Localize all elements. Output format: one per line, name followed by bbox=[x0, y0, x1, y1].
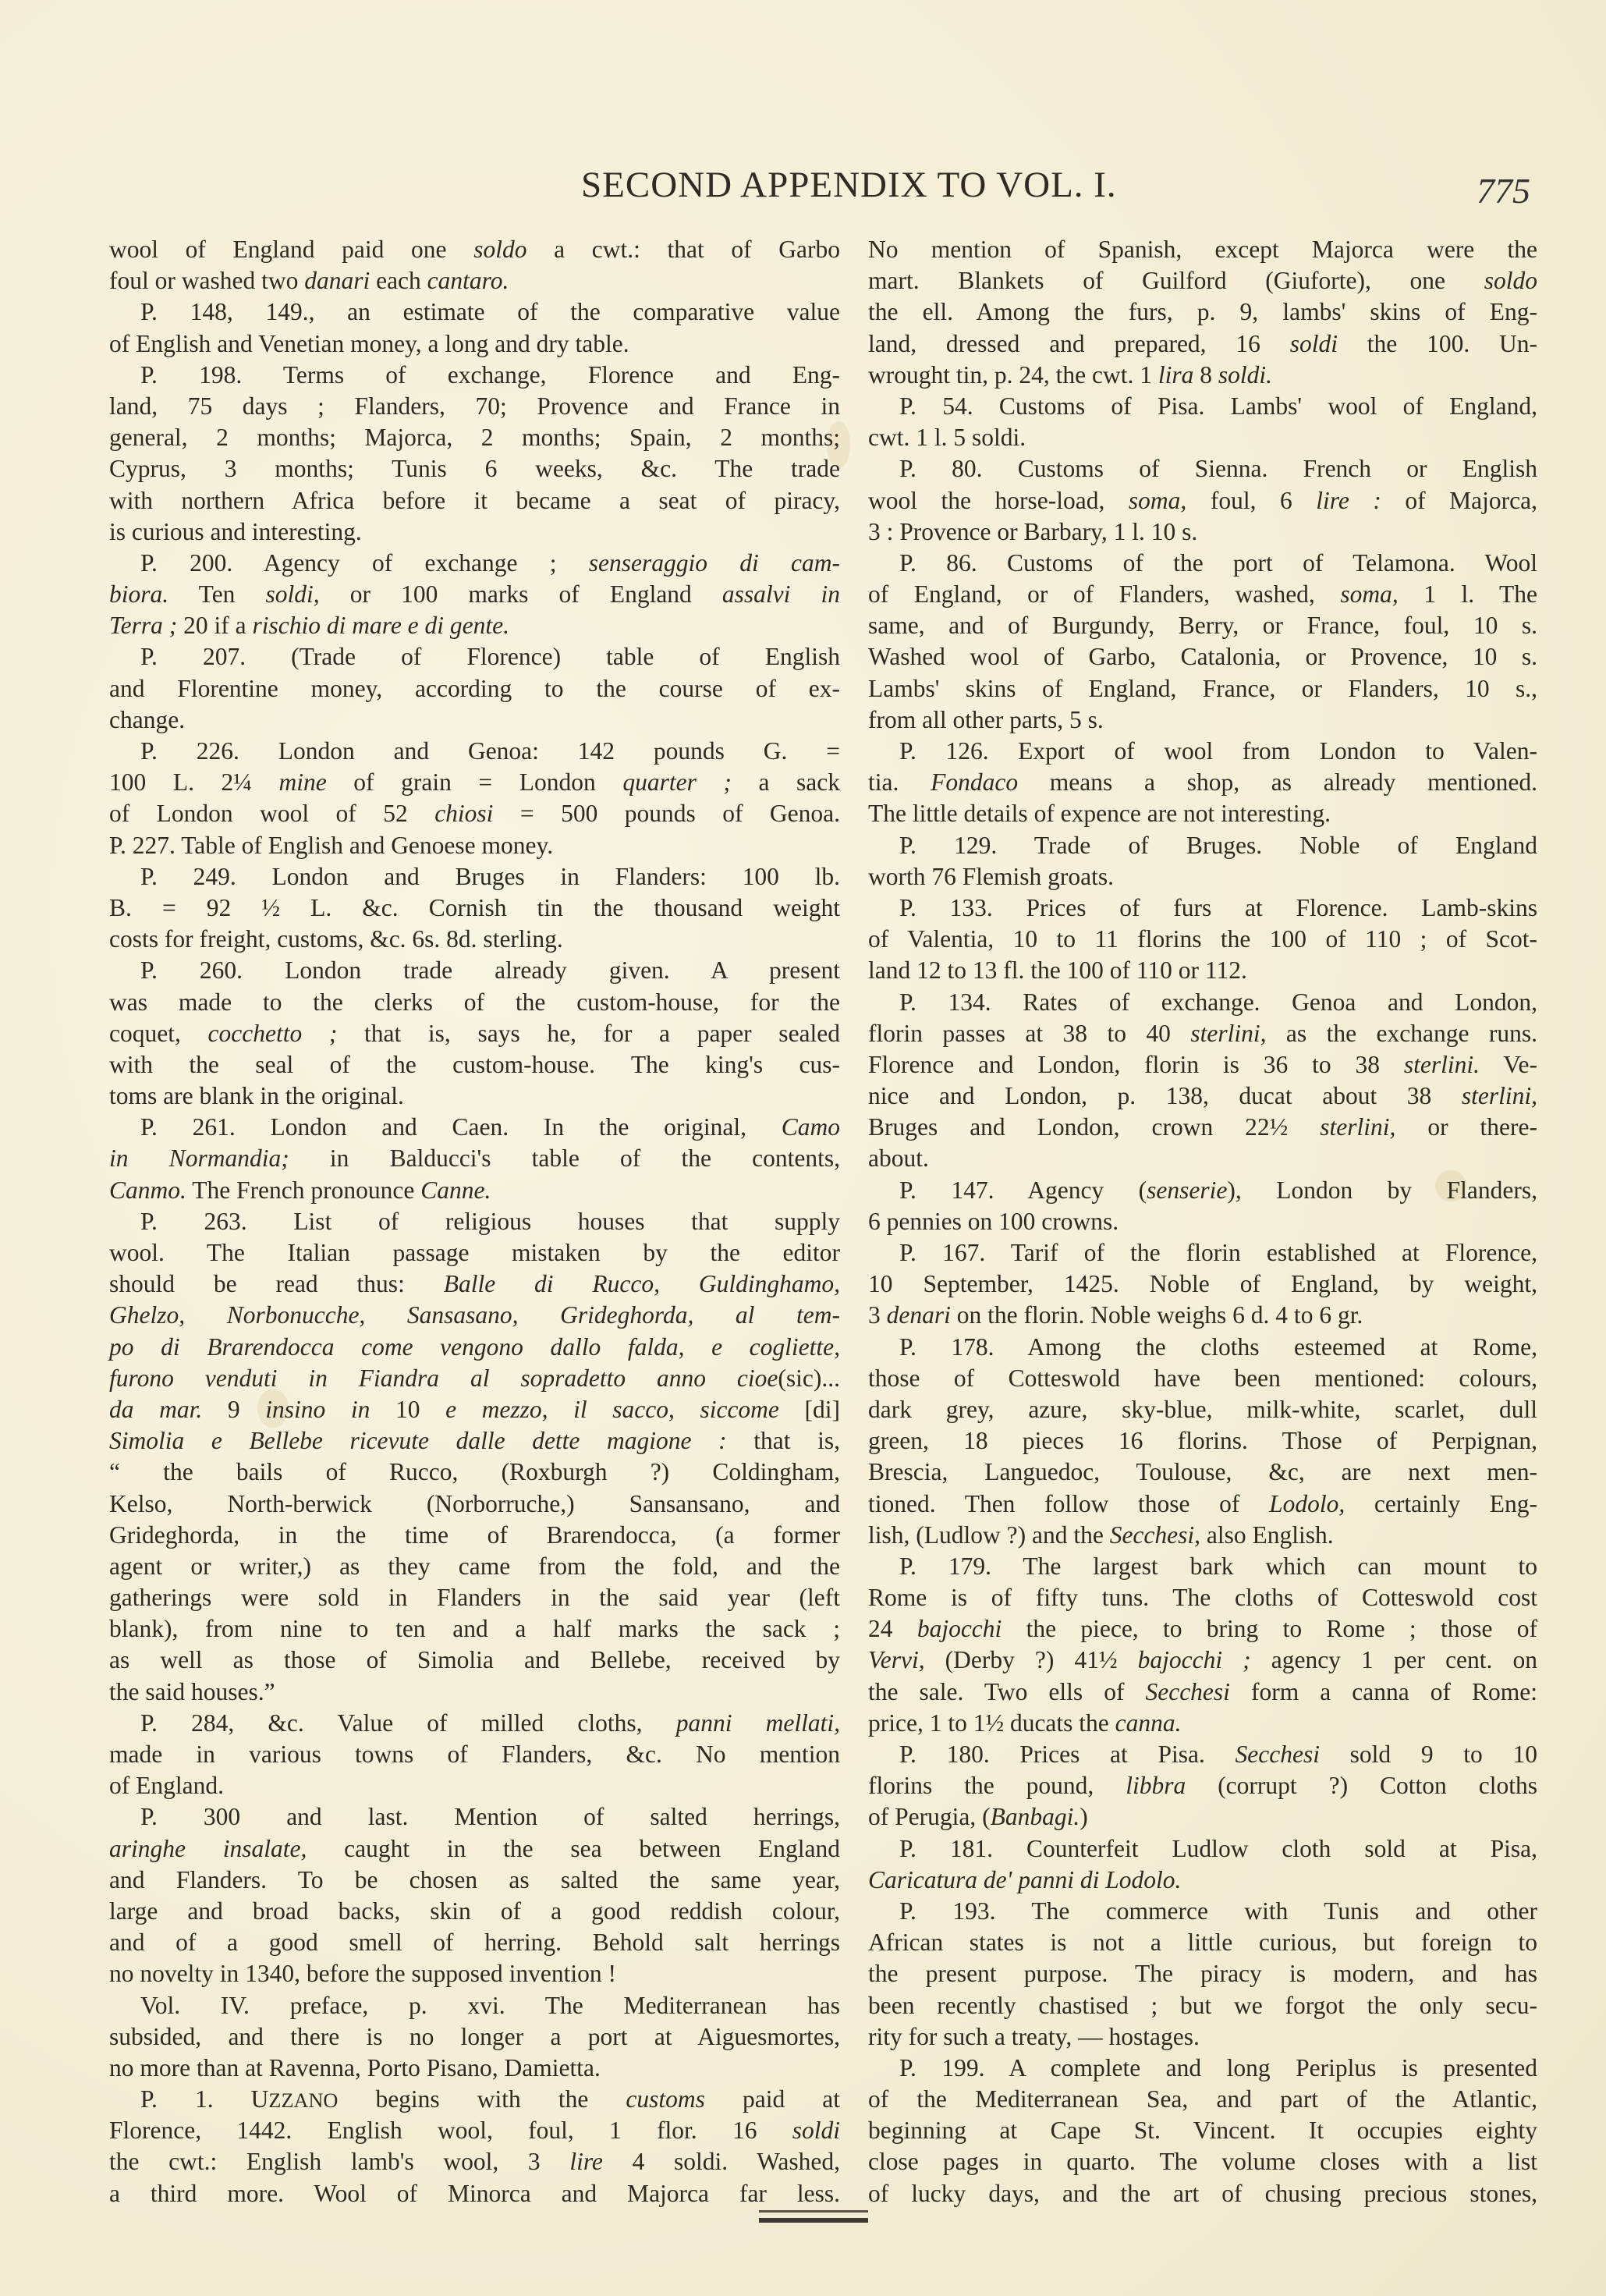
text-line: the present purpose. The piracy is moder… bbox=[868, 1958, 1537, 1989]
text-line: and of a good smell of herring. Behold s… bbox=[109, 1927, 840, 1958]
text-line: land, dressed and prepared, 16 soldi the… bbox=[868, 328, 1537, 360]
text-line: a third more. Wool of Minorca and Majorc… bbox=[109, 2178, 840, 2209]
text-line: P. 54. Customs of Pisa. Lambs' wool of E… bbox=[868, 391, 1537, 422]
text-line: of English and Venetian money, a long an… bbox=[109, 328, 840, 360]
right-text-column: No mention of Spanish, except Majorca we… bbox=[868, 234, 1537, 2209]
text-line: foul or washed two danari each cantaro. bbox=[109, 265, 840, 296]
text-line: biora. Ten soldi, or 100 marks of Englan… bbox=[109, 579, 840, 610]
text-line: gatherings were sold in Flanders in the … bbox=[109, 1582, 840, 1613]
text-line: P. 180. Prices at Pisa. Secchesi sold 9 … bbox=[868, 1739, 1537, 1770]
text-line: rity for such a treaty, — hostages. bbox=[868, 2021, 1537, 2053]
text-line: Rome is of fifty tuns. The cloths of Cot… bbox=[868, 1582, 1537, 1613]
text-line: P. 200. Agency of exchange ; senseraggio… bbox=[109, 548, 840, 579]
text-line: 10 September, 1425. Noble of England, by… bbox=[868, 1269, 1537, 1300]
text-line: same, and of Burgundy, Berry, or France,… bbox=[868, 610, 1537, 641]
text-line: should be read thus: Balle di Rucco, Gul… bbox=[109, 1269, 840, 1300]
end-rule-thin bbox=[759, 2210, 868, 2213]
text-line: P. 134. Rates of exchange. Genoa and Lon… bbox=[868, 987, 1537, 1018]
text-line: Washed wool of Garbo, Catalonia, or Prov… bbox=[868, 641, 1537, 672]
text-line: wool of England paid one soldo a cwt.: t… bbox=[109, 234, 840, 265]
text-line: costs for freight, customs, &c. 6s. 8d. … bbox=[109, 924, 840, 955]
end-rule-thick bbox=[759, 2218, 868, 2223]
text-line: P. 167. Tarif of the florin established … bbox=[868, 1237, 1537, 1269]
text-line: and Florentine money, according to the c… bbox=[109, 673, 840, 704]
text-line: Grideghorda, in the time of Brarendocca,… bbox=[109, 1520, 840, 1551]
text-line: P. 80. Customs of Sienna. French or Engl… bbox=[868, 453, 1537, 484]
text-line: Cyprus, 3 months; Tunis 6 weeks, &c. The… bbox=[109, 453, 840, 484]
text-line: P. 300 and last. Mention of salted herri… bbox=[109, 1801, 840, 1833]
text-line: P. 147. Agency (senserie), London by Fla… bbox=[868, 1175, 1537, 1206]
text-line: 3 denari on the florin. Noble weighs 6 d… bbox=[868, 1300, 1537, 1331]
text-line: worth 76 Flemish groats. bbox=[868, 861, 1537, 892]
text-line: the ell. Among the furs, p. 9, lambs' sk… bbox=[868, 296, 1537, 328]
text-line: of lucky days, and the art of chusing pr… bbox=[868, 2178, 1537, 2209]
text-line: 3 : Provence or Barbary, 1 l. 10 s. bbox=[868, 516, 1537, 548]
text-line: with the seal of the custom-house. The k… bbox=[109, 1049, 840, 1081]
text-line: large and broad backs, skin of a good re… bbox=[109, 1896, 840, 1927]
text-line: Florence, 1442. English wool, foul, 1 fl… bbox=[109, 2115, 840, 2146]
text-line: wrought tin, p. 24, the cwt. 1 lira 8 so… bbox=[868, 360, 1537, 391]
page-number: 775 bbox=[1477, 170, 1530, 211]
text-line: P. 178. Among the cloths esteemed at Rom… bbox=[868, 1332, 1537, 1363]
text-line: Brescia, Languedoc, Toulouse, &c, are ne… bbox=[868, 1457, 1537, 1488]
text-line: cwt. 1 l. 5 soldi. bbox=[868, 422, 1537, 453]
text-line: Bruges and London, crown 22½ sterlini, o… bbox=[868, 1112, 1537, 1143]
text-line: dark grey, azure, sky-blue, milk-white, … bbox=[868, 1394, 1537, 1425]
text-line: B. = 92 ½ L. &c. Cornish tin the thousan… bbox=[109, 892, 840, 924]
text-line: Simolia e Bellebe ricevute dalle dette m… bbox=[109, 1425, 840, 1457]
text-line: da mar. 9 insino in 10 e mezzo, il sacco… bbox=[109, 1394, 840, 1425]
text-line: Canmo. The French pronounce Canne. bbox=[109, 1175, 840, 1206]
text-line: P. 181. Counterfeit Ludlow cloth sold at… bbox=[868, 1833, 1537, 1865]
text-line: mart. Blankets of Guilford (Giuforte), o… bbox=[868, 265, 1537, 296]
text-line: Terra ; 20 if a rischio di mare e di gen… bbox=[109, 610, 840, 641]
text-line: the said houses.” bbox=[109, 1677, 840, 1708]
text-line: from all other parts, 5 s. bbox=[868, 704, 1537, 736]
left-text-column: wool of England paid one soldo a cwt.: t… bbox=[109, 234, 840, 2209]
text-line: P. 249. London and Bruges in Flanders: 1… bbox=[109, 861, 840, 892]
text-line: about. bbox=[868, 1143, 1537, 1174]
text-line: florins the pound, libbra (corrupt ?) Co… bbox=[868, 1770, 1537, 1801]
text-line: Vervi, (Derby ?) 41½ bajocchi ; agency 1… bbox=[868, 1645, 1537, 1676]
running-title: SECOND APPENDIX TO VOL. I. bbox=[581, 164, 1117, 206]
text-line: Ghelzo, Norbonucche, Sansasano, Gridegho… bbox=[109, 1300, 840, 1331]
text-line: nice and London, p. 138, ducat about 38 … bbox=[868, 1081, 1537, 1112]
text-line: The little details of expence are not in… bbox=[868, 798, 1537, 829]
text-line: P. 126. Export of wool from London to Va… bbox=[868, 736, 1537, 767]
text-line: African states is not a little curious, … bbox=[868, 1927, 1537, 1958]
text-line: of London wool of 52 chiosi = 500 pounds… bbox=[109, 798, 840, 829]
text-line: florin passes at 38 to 40 sterlini, as t… bbox=[868, 1018, 1537, 1049]
text-line: close pages in quarto. The volume closes… bbox=[868, 2146, 1537, 2177]
text-line: been recently chastised ; but we forgot … bbox=[868, 1990, 1537, 2021]
text-line: Florence and London, florin is 36 to 38 … bbox=[868, 1049, 1537, 1081]
text-line: P. 1. UZZANO begins with the customs pai… bbox=[109, 2084, 840, 2115]
text-line: change. bbox=[109, 704, 840, 736]
text-line: tioned. Then follow those of Lodolo, cer… bbox=[868, 1489, 1537, 1520]
text-line: of England, or of Flanders, washed, soma… bbox=[868, 579, 1537, 610]
text-line: furono venduti in Fiandra al sopradetto … bbox=[109, 1363, 840, 1394]
text-line: 24 bajocchi the piece, to bring to Rome … bbox=[868, 1613, 1537, 1645]
text-line: land 12 to 13 fl. the 100 of 110 or 112. bbox=[868, 955, 1537, 986]
text-line: po di Brarendocca come vengono dallo fal… bbox=[109, 1332, 840, 1363]
text-line: P. 86. Customs of the port of Telamona. … bbox=[868, 548, 1537, 579]
text-line: lish, (Ludlow ?) and the Secchesi, also … bbox=[868, 1520, 1537, 1551]
text-line: Vol. IV. preface, p. xvi. The Mediterran… bbox=[109, 1990, 840, 2021]
text-line: tia. Fondaco means a shop, as already me… bbox=[868, 767, 1537, 798]
text-line: P. 133. Prices of furs at Florence. Lamb… bbox=[868, 892, 1537, 924]
text-line: no more than at Ravenna, Porto Pisano, D… bbox=[109, 2053, 840, 2084]
text-line: P. 207. (Trade of Florence) table of Eng… bbox=[109, 641, 840, 672]
text-line: land, 75 days ; Flanders, 70; Provence a… bbox=[109, 391, 840, 422]
text-line: P. 260. London trade already given. A pr… bbox=[109, 955, 840, 986]
text-line: with northern Africa before it became a … bbox=[109, 485, 840, 516]
text-line: was made to the clerks of the custom-hou… bbox=[109, 987, 840, 1018]
text-line: coquet, cocchetto ; that is, says he, fo… bbox=[109, 1018, 840, 1049]
text-line: made in various towns of Flanders, &c. N… bbox=[109, 1739, 840, 1770]
text-line: in Normandia; in Balducci's table of the… bbox=[109, 1143, 840, 1174]
text-line: agent or writer,) as they came from the … bbox=[109, 1551, 840, 1582]
text-line: beginning at Cape St. Vincent. It occupi… bbox=[868, 2115, 1537, 2146]
text-line: 100 L. 2¼ mine of grain = London quarter… bbox=[109, 767, 840, 798]
text-line: and Flanders. To be chosen as salted the… bbox=[109, 1865, 840, 1896]
text-line: 6 pennies on 100 crowns. bbox=[868, 1206, 1537, 1237]
text-line: no novelty in 1340, before the supposed … bbox=[109, 1958, 840, 1989]
text-line: P. 227. Table of English and Genoese mon… bbox=[109, 830, 840, 861]
text-line: P. 284, &c. Value of milled cloths, pann… bbox=[109, 1708, 840, 1739]
text-line: P. 261. London and Caen. In the original… bbox=[109, 1112, 840, 1143]
text-line: of England. bbox=[109, 1770, 840, 1801]
text-line: P. 129. Trade of Bruges. Noble of Englan… bbox=[868, 830, 1537, 861]
text-line: of Valentia, 10 to 11 florins the 100 of… bbox=[868, 924, 1537, 955]
text-line: general, 2 months; Majorca, 2 months; Sp… bbox=[109, 422, 840, 453]
text-line: P. 226. London and Genoa: 142 pounds G. … bbox=[109, 736, 840, 767]
text-line: P. 199. A complete and long Periplus is … bbox=[868, 2053, 1537, 2084]
text-line: green, 18 pieces 16 florins. Those of Pe… bbox=[868, 1425, 1537, 1457]
text-line: P. 263. List of religious houses that su… bbox=[109, 1206, 840, 1237]
text-line: of the Mediterranean Sea, and part of th… bbox=[868, 2084, 1537, 2115]
text-line: toms are blank in the original. bbox=[109, 1081, 840, 1112]
text-line: P. 193. The commerce with Tunis and othe… bbox=[868, 1896, 1537, 1927]
text-line: those of Cotteswold have been mentioned:… bbox=[868, 1363, 1537, 1394]
text-line: Kelso, North-berwick (Norborruche,) Sans… bbox=[109, 1489, 840, 1520]
text-line: P. 179. The largest bark which can mount… bbox=[868, 1551, 1537, 1582]
text-line: “ the bails of Rucco, (Roxburgh ?) Coldi… bbox=[109, 1457, 840, 1488]
text-line: as well as those of Simolia and Bellebe,… bbox=[109, 1645, 840, 1676]
text-line: is curious and interesting. bbox=[109, 516, 840, 548]
text-line: wool. The Italian passage mistaken by th… bbox=[109, 1237, 840, 1269]
text-line: the sale. Two ells of Secchesi form a ca… bbox=[868, 1677, 1537, 1708]
text-line: Caricatura de' panni di Lodolo. bbox=[868, 1865, 1537, 1896]
text-line: subsided, and there is no longer a port … bbox=[109, 2021, 840, 2053]
text-line: aringhe insalate, caught in the sea betw… bbox=[109, 1833, 840, 1865]
text-line: No mention of Spanish, except Majorca we… bbox=[868, 234, 1537, 265]
text-line: price, 1 to 1½ ducats the canna. bbox=[868, 1708, 1537, 1739]
text-line: of Perugia, (Banbagi.) bbox=[868, 1801, 1537, 1833]
text-line: blank), from nine to ten and a half mark… bbox=[109, 1613, 840, 1645]
text-line: P. 148, 149., an estimate of the compara… bbox=[109, 296, 840, 328]
text-line: P. 198. Terms of exchange, Florence and … bbox=[109, 360, 840, 391]
text-line: wool the horse-load, soma, foul, 6 lire … bbox=[868, 485, 1537, 516]
text-line: Lambs' skins of England, France, or Flan… bbox=[868, 673, 1537, 704]
text-line: the cwt.: English lamb's wool, 3 lire 4 … bbox=[109, 2146, 840, 2177]
